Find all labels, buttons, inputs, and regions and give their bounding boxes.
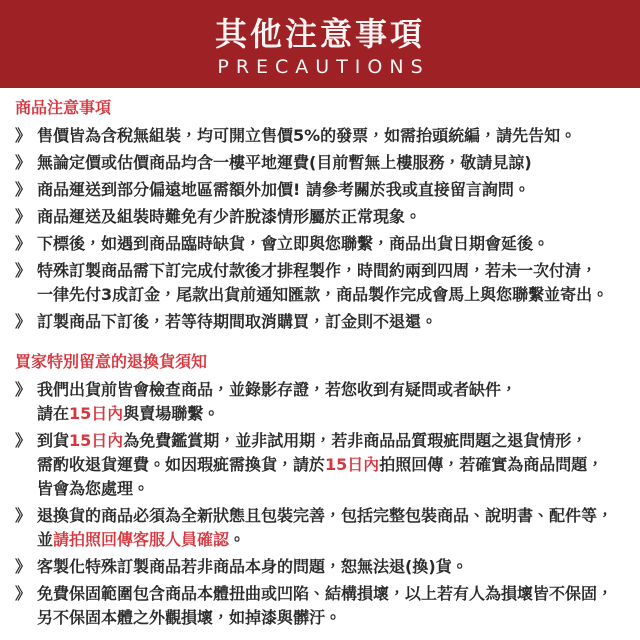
- plain-text: 與賣場聯繫。: [123, 404, 219, 423]
- plain-text: 皆會為您處理。: [37, 479, 149, 498]
- bullet-marker-icon: 》: [15, 429, 37, 453]
- notice-item: 》商品運送及組裝時難免有少許脫漆情形屬於正常現象。: [15, 205, 625, 229]
- bullet-marker-icon: 》: [15, 310, 37, 334]
- plain-text: 另不保固本體之外觀損壞，如掉漆與髒汙。: [37, 608, 341, 627]
- notice-text: 到貨15日內為免費鑑賞期，並非試用期，若非商品品質瑕疵問題之退貨情形，需酌收退貨…: [37, 429, 625, 501]
- plain-text: 拍照回傳，若確實為商品問題，: [379, 455, 603, 474]
- bullet-marker-icon: 》: [15, 259, 37, 283]
- bullet-marker-icon: 》: [15, 582, 37, 606]
- notice-item: 》訂製商品下訂後，若等待期間取消購買，訂金則不退還。: [15, 310, 625, 334]
- notice-item: 》商品運送到部分偏遠地區需額外加價! 請參考關於我或直接留言詢問。: [15, 178, 625, 202]
- section-heading: 買家特別留意的退換貨須知: [15, 350, 625, 374]
- plain-text: 。: [229, 530, 245, 549]
- bullet-marker-icon: 》: [15, 232, 37, 256]
- notice-text: 客製化特殊訂製商品若非商品本身的問題，恕無法退(換)貨。: [37, 555, 625, 579]
- notice-item: 》售價皆為含稅無組裝，均可開立售價5%的發票，如需抬頭統編，請先告知。: [15, 124, 625, 148]
- notice-text: 我們出貨前皆會檢查商品，並錄影存證，若您收到有疑問或者缺件，請在15日內與賣場聯…: [37, 378, 625, 426]
- highlight-text: 15日內: [69, 404, 123, 423]
- plain-text: 請在: [37, 404, 69, 423]
- bullet-marker-icon: 》: [15, 378, 37, 402]
- notice-item: 》客製化特殊訂製商品若非商品本身的問題，恕無法退(換)貨。: [15, 555, 625, 579]
- notice-item: 》無論定價或估價商品均含一樓平地運費(目前暫無上樓服務，敬請見諒): [15, 151, 625, 175]
- plain-text: 為免費鑑賞期，並非試用期，若非商品品質瑕疵問題之退貨情形，: [123, 431, 587, 450]
- plain-text: 免費保固範圍包含商品本體扭曲或凹陷、結構損壞，以上若有人為損壞皆不保固，: [37, 584, 613, 603]
- plain-text: 退換貨的商品必須為全新狀態且包裝完善，包括完整包裝商品、說明書、配件等，: [37, 506, 613, 525]
- notice-content: 商品注意事項》售價皆為含稅無組裝，均可開立售價5%的發票，如需抬頭統編，請先告知…: [0, 88, 640, 630]
- highlight-text: 15日內: [325, 455, 379, 474]
- plain-text: 到貨: [37, 431, 69, 450]
- plain-text: 並: [37, 530, 53, 549]
- bullet-marker-icon: 》: [15, 124, 37, 148]
- notice-text: 售價皆為含稅無組裝，均可開立售價5%的發票，如需抬頭統編，請先告知。: [37, 124, 625, 148]
- page-title: 其他注意事項: [0, 0, 640, 55]
- notice-text: 免費保固範圍包含商品本體扭曲或凹陷、結構損壞，以上若有人為損壞皆不保固，另不保固…: [37, 582, 625, 630]
- notice-text: 商品運送及組裝時難免有少許脫漆情形屬於正常現象。: [37, 205, 625, 229]
- notice-text: 退換貨的商品必須為全新狀態且包裝完善，包括完整包裝商品、說明書、配件等，並請拍照…: [37, 504, 625, 552]
- notice-item: 》下標後，如遇到商品臨時缺貨，會立即與您聯繫，商品出貨日期會延後。: [15, 232, 625, 256]
- header-banner: 其他注意事項 PRECAUTIONS: [0, 0, 640, 88]
- bullet-marker-icon: 》: [15, 178, 37, 202]
- plain-text: 售價皆為含稅無組裝，均可開立售價5%的發票，如需抬頭統編，請先告知。: [37, 126, 576, 145]
- notice-item: 》免費保固範圍包含商品本體扭曲或凹陷、結構損壞，以上若有人為損壞皆不保固，另不保…: [15, 582, 625, 630]
- plain-text: 客製化特殊訂製商品若非商品本身的問題，恕無法退(換)貨。: [37, 557, 468, 576]
- page-subtitle: PRECAUTIONS: [0, 56, 640, 78]
- notice-text: 無論定價或估價商品均含一樓平地運費(目前暫無上樓服務，敬請見諒): [37, 151, 625, 175]
- notice-text: 下標後，如遇到商品臨時缺貨，會立即與您聯繫，商品出貨日期會延後。: [37, 232, 625, 256]
- plain-text: 訂製商品下訂後，若等待期間取消購買，訂金則不退還。: [37, 312, 437, 331]
- plain-text: 商品運送到部分偏遠地區需額外加價! 請參考關於我或直接留言詢問。: [37, 180, 530, 199]
- bullet-marker-icon: 》: [15, 151, 37, 175]
- notice-item: 》我們出貨前皆會檢查商品，並錄影存證，若您收到有疑問或者缺件，請在15日內與賣場…: [15, 378, 625, 426]
- notice-item: 》到貨15日內為免費鑑賞期，並非試用期，若非商品品質瑕疵問題之退貨情形，需酌收退…: [15, 429, 625, 501]
- highlight-text: 15日內: [69, 431, 123, 450]
- plain-text: 下標後，如遇到商品臨時缺貨，會立即與您聯繫，商品出貨日期會延後。: [37, 234, 549, 253]
- notice-item: 》退換貨的商品必須為全新狀態且包裝完善，包括完整包裝商品、說明書、配件等，並請拍…: [15, 504, 625, 552]
- highlight-text: 請拍照回傳客服人員確認: [53, 530, 229, 549]
- precautions-page: 其他注意事項 PRECAUTIONS 商品注意事項》售價皆為含稅無組裝，均可開立…: [0, 0, 640, 630]
- plain-text: 商品運送及組裝時難免有少許脫漆情形屬於正常現象。: [37, 207, 421, 226]
- notice-section: 買家特別留意的退換貨須知》我們出貨前皆會檢查商品，並錄影存證，若您收到有疑問或者…: [15, 350, 625, 630]
- bullet-marker-icon: 》: [15, 555, 37, 579]
- notice-section: 商品注意事項》售價皆為含稅無組裝，均可開立售價5%的發票，如需抬頭統編，請先告知…: [15, 96, 625, 334]
- notice-text: 訂製商品下訂後，若等待期間取消購買，訂金則不退還。: [37, 310, 625, 334]
- plain-text: 需酌收退貨運費。如因瑕疵需換貨，請於: [37, 455, 325, 474]
- bullet-marker-icon: 》: [15, 205, 37, 229]
- notice-text: 特殊訂製商品需下訂完成付款後才排程製作，時間約兩到四周，若未一次付清，一律先付3…: [37, 259, 625, 307]
- notice-text: 商品運送到部分偏遠地區需額外加價! 請參考關於我或直接留言詢問。: [37, 178, 625, 202]
- notice-item: 》特殊訂製商品需下訂完成付款後才排程製作，時間約兩到四周，若未一次付清，一律先付…: [15, 259, 625, 307]
- bullet-marker-icon: 》: [15, 504, 37, 528]
- section-heading: 商品注意事項: [15, 96, 625, 120]
- plain-text: 特殊訂製商品需下訂完成付款後才排程製作，時間約兩到四周，若未一次付清，: [37, 261, 597, 280]
- plain-text: 一律先付3成訂金，尾款出貨前通知匯款，商品製作完成會馬上與您聯繫並寄出。: [37, 285, 608, 304]
- plain-text: 我們出貨前皆會檢查商品，並錄影存證，若您收到有疑問或者缺件，: [37, 380, 517, 399]
- plain-text: 無論定價或估價商品均含一樓平地運費(目前暫無上樓服務，敬請見諒): [37, 153, 532, 172]
